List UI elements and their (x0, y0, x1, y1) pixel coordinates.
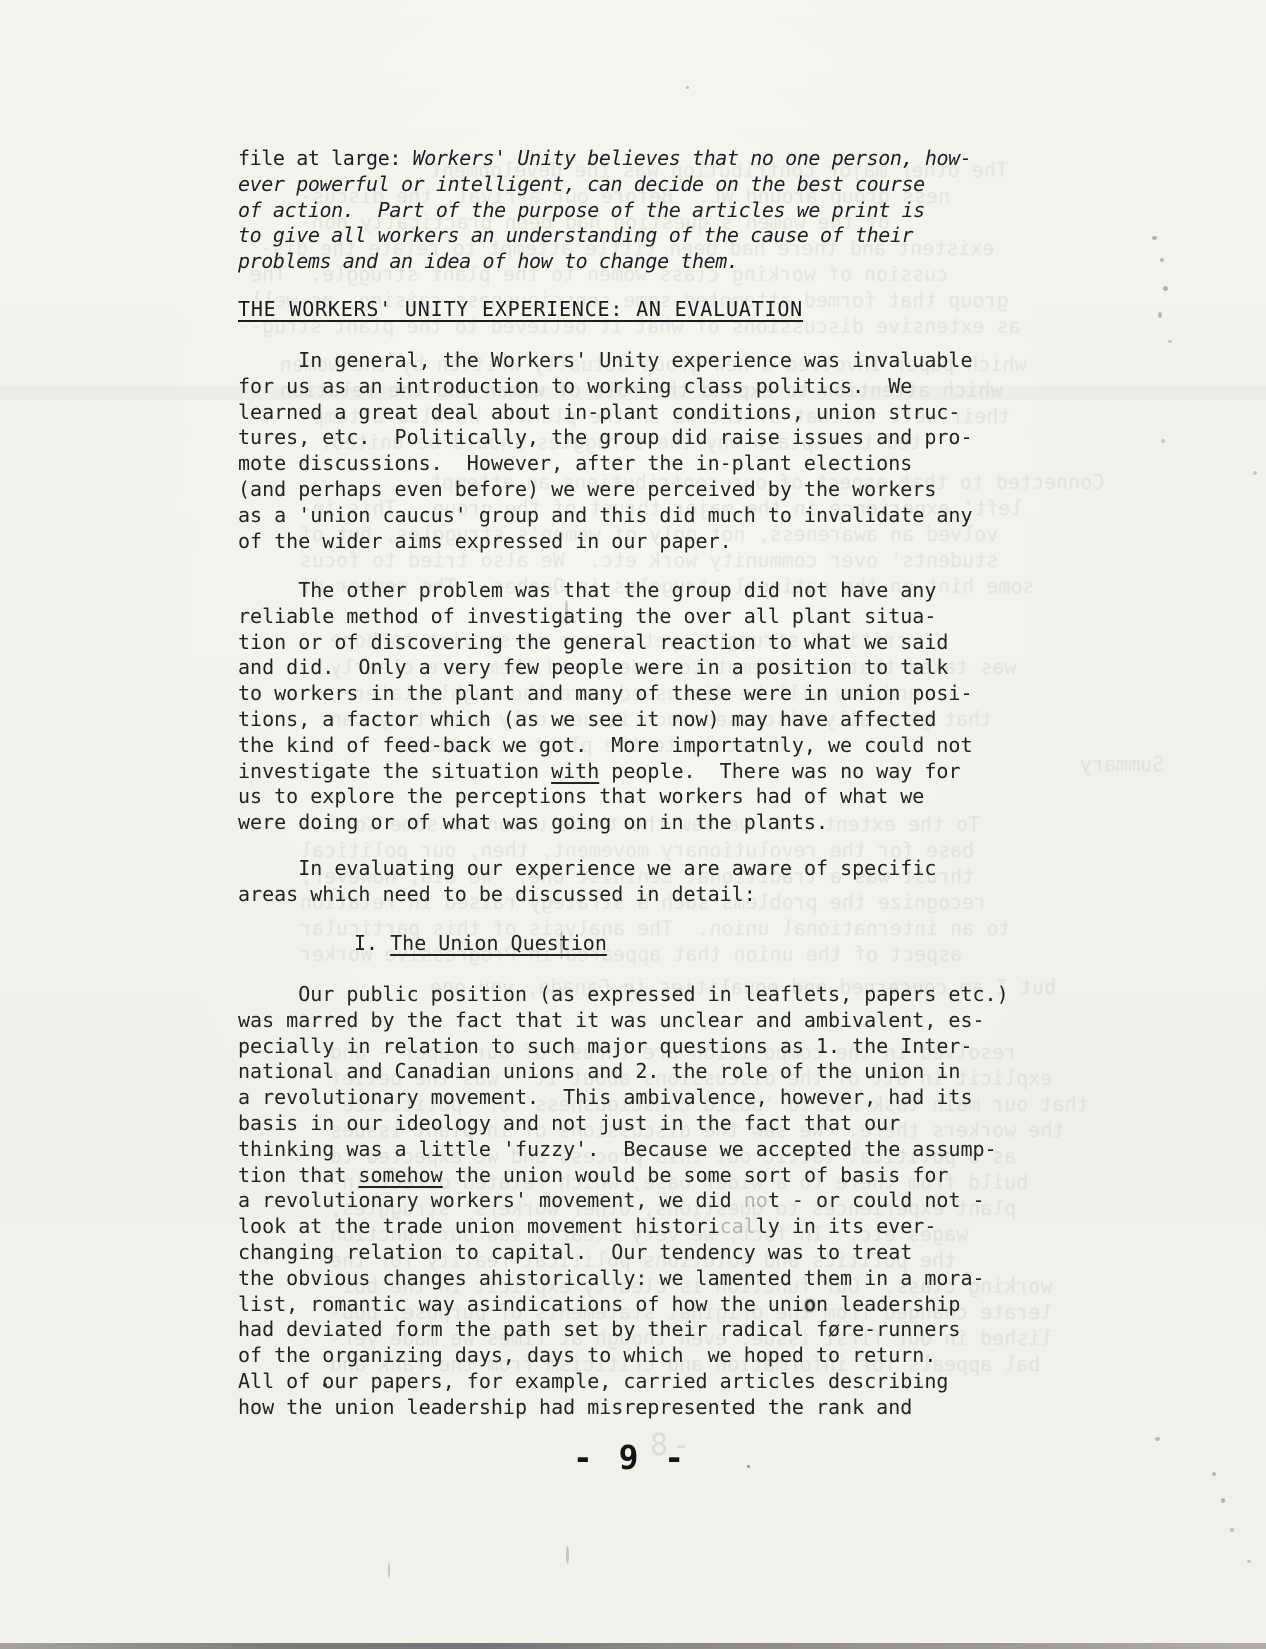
scan-speck (566, 1546, 569, 1564)
scan-speck (1212, 1472, 1216, 1476)
scanned-document-page: The other major contribution was the dev… (0, 0, 1266, 1649)
scan-speck (323, 1383, 327, 1387)
scan-speck (1158, 312, 1162, 318)
scan-speck (1253, 471, 1257, 475)
scan-speck (1161, 439, 1165, 443)
scan-speck (1221, 1498, 1225, 1503)
scan-speck (686, 86, 689, 89)
scan-speck (1152, 236, 1157, 240)
scan-speck (1155, 1437, 1160, 1441)
speck-layer (0, 0, 1266, 1649)
scan-speck (1163, 286, 1168, 291)
scan-speck (1247, 1560, 1251, 1563)
scan-speck (565, 600, 568, 626)
scan-speck (1230, 1528, 1234, 1532)
scan-speck (747, 1465, 750, 1468)
scan-speck (1168, 340, 1172, 343)
scan-speck (560, 930, 563, 960)
scan-speck (1160, 258, 1164, 262)
scan-speck (388, 1562, 390, 1578)
